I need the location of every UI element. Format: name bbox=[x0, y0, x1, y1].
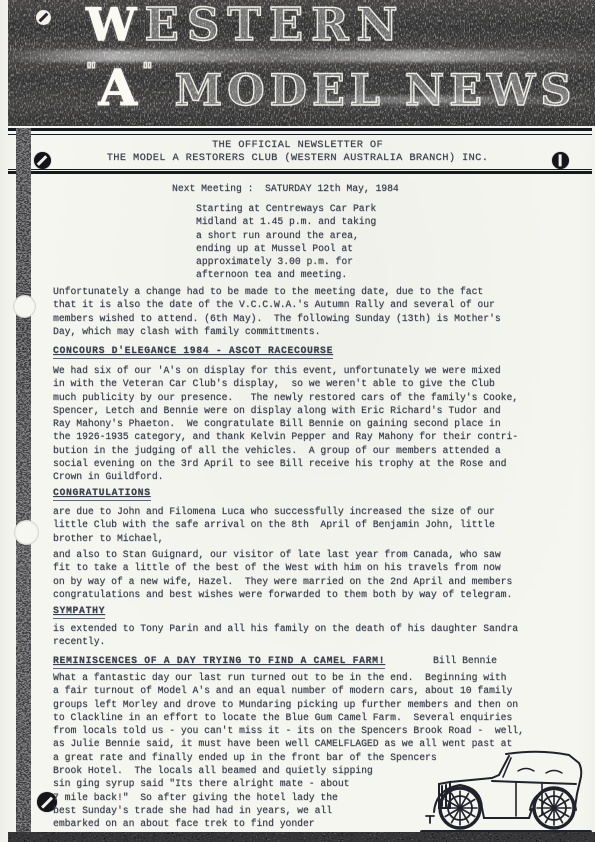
meeting-change-note: Unfortunately a change had to be made to… bbox=[53, 285, 501, 338]
rule-bottom-thick bbox=[8, 171, 592, 174]
section-congratulations-body: are due to John and Filomena Luca who su… bbox=[53, 505, 495, 545]
subtitle-line2: THE MODEL A RESTORERS CLUB (WESTERN AUST… bbox=[0, 152, 595, 165]
rule-bottom-thin bbox=[8, 169, 592, 170]
rule-top-thin bbox=[8, 134, 592, 135]
section-sympathy-body: is extended to Tony Parin and all his fa… bbox=[53, 622, 518, 649]
section-heading: SYMPATHY bbox=[53, 604, 105, 619]
masthead-initial-a: A bbox=[98, 58, 142, 117]
next-meeting-details: Starting at Centreways Car Park Midland … bbox=[196, 202, 376, 282]
screw-icon-top-left bbox=[36, 10, 51, 25]
section-concours-body: We had six of our 'A's on display for th… bbox=[53, 364, 518, 484]
bottom-band-texture bbox=[8, 832, 595, 842]
section-byline: Bill Bennie bbox=[433, 654, 497, 667]
screw-icon-left bbox=[34, 152, 51, 169]
section-congratulations: CONGRATULATIONS bbox=[53, 486, 151, 501]
section-reminiscences: REMINISCENCES OF A DAY TRYING TO FIND A … bbox=[53, 654, 385, 669]
close-quote: " bbox=[142, 58, 154, 82]
section-heading: REMINISCENCES OF A DAY TRYING TO FIND A … bbox=[53, 654, 385, 669]
punch-hole-top bbox=[13, 295, 36, 318]
screw-icon-right bbox=[552, 152, 569, 169]
masthead-title-line2: "A" MODEL NEWS bbox=[86, 58, 576, 117]
next-meeting-heading: Next Meeting : SATURDAY 12th May, 1984 bbox=[172, 182, 399, 195]
section-heading: CONGRATULATIONS bbox=[53, 486, 151, 501]
masthead-initial-w: W bbox=[86, 0, 145, 51]
rule-top-thick bbox=[8, 128, 592, 131]
section-concours: CONCOURS D'ELEGANCE 1984 - ASCOT RACECOU… bbox=[53, 344, 333, 359]
binding-strip-texture bbox=[16, 128, 31, 834]
subtitle-line1: THE OFFICIAL NEWSLETTER OF bbox=[0, 139, 595, 152]
open-quote: " bbox=[86, 58, 98, 82]
model-a-car-illustration bbox=[420, 744, 592, 836]
section-heading: CONCOURS D'ELEGANCE 1984 - ASCOT RACECOU… bbox=[53, 344, 333, 359]
masthead-title-line1: WESTERN bbox=[86, 0, 406, 51]
section-sympathy: SYMPATHY bbox=[53, 604, 105, 619]
punch-hole-bottom bbox=[14, 520, 39, 545]
newsletter-page: WESTERN "A" MODEL NEWS THE OFFICIAL NEWS… bbox=[0, 0, 595, 842]
section-congratulations-body2: and also to Stan Guignard, our visitor o… bbox=[53, 548, 512, 601]
